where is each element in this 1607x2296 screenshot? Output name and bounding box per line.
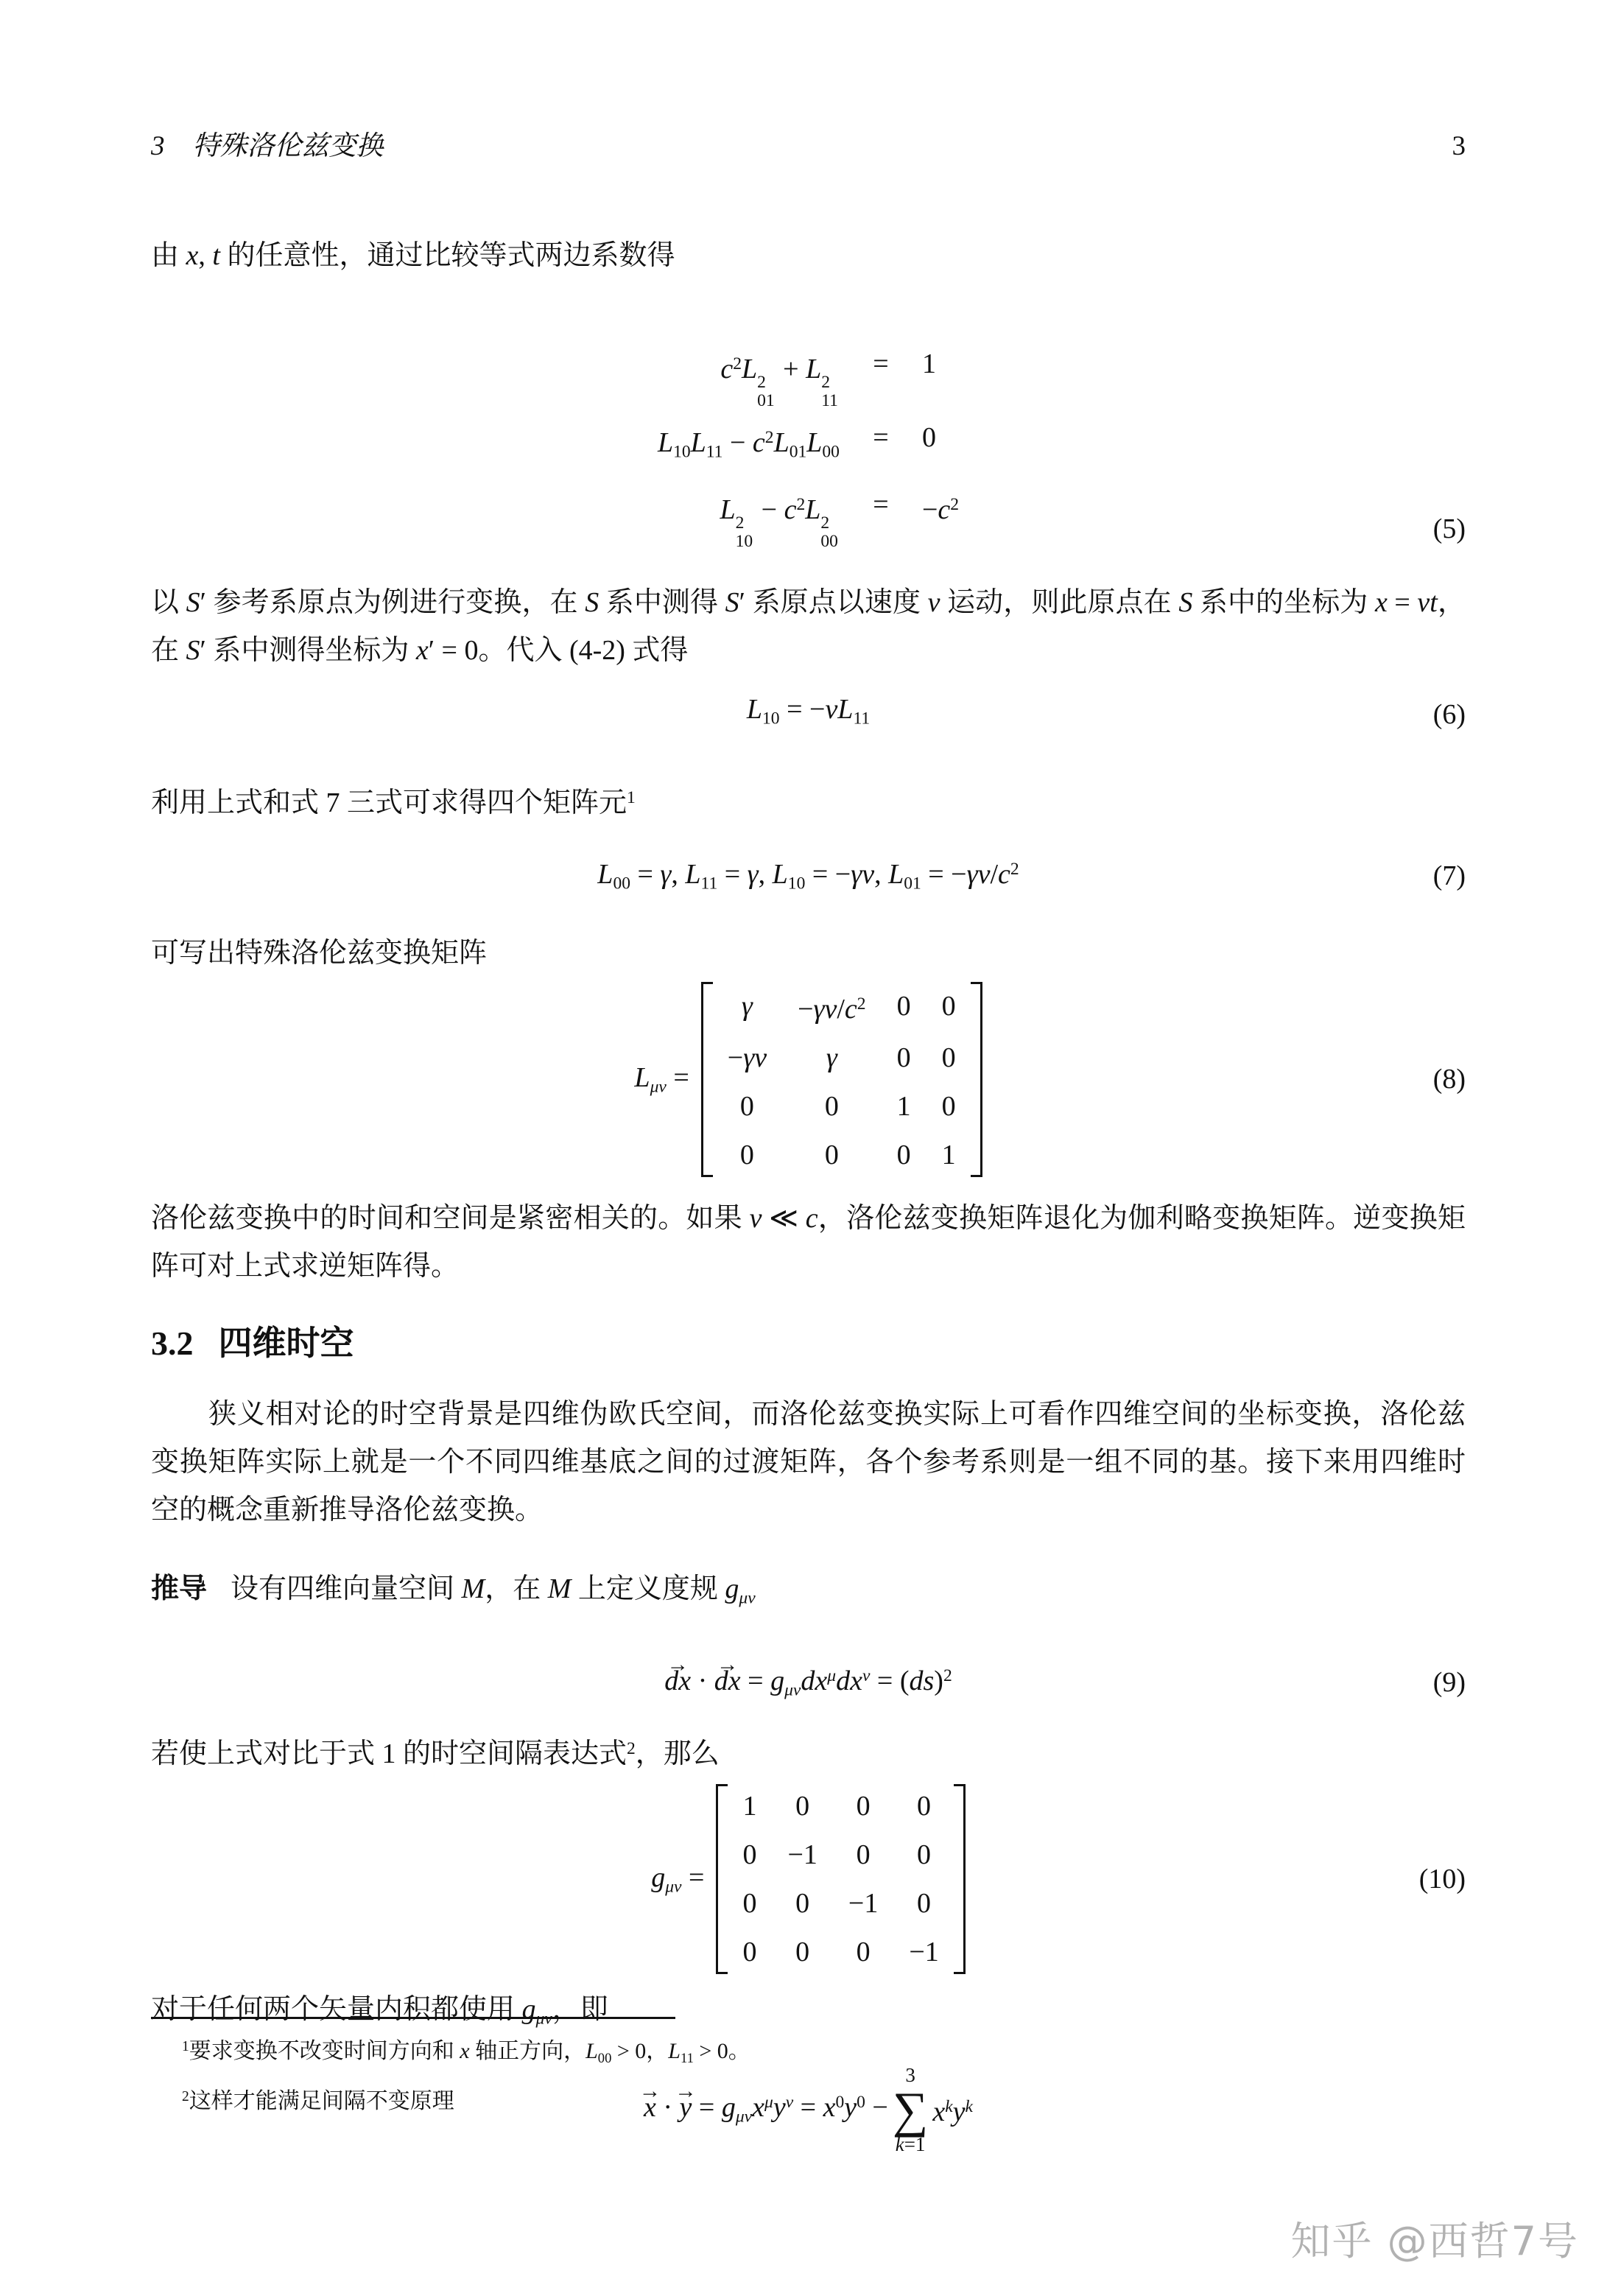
equation-9: dx · dx = gμνdxμdxν = (ds)2 (9) (151, 1651, 1466, 1713)
matrix-cell: 0 (740, 1139, 754, 1171)
equation-7: L00 = γ, L11 = γ, L10 = −γv, L01 = −γv/c… (151, 843, 1466, 909)
matrix-cell: γ (826, 1042, 837, 1074)
matrix-cell: 0 (942, 1042, 956, 1074)
matrix-cell: 0 (897, 1139, 911, 1171)
section-title: 四维时空 (219, 1323, 354, 1364)
equation-line: L10L11 − c2L01L00 (658, 411, 840, 478)
equation-number: (10) (1419, 1863, 1466, 1895)
equation-number: (5) (1433, 513, 1466, 545)
header-section-number: 3 (151, 129, 165, 164)
header-page-number: 3 (1452, 129, 1466, 164)
derivation-label: 推导 (151, 1573, 207, 1604)
equals-sign: = (873, 411, 888, 478)
footnote-text: 要求变换不改变时间方向和 x 轴正方向，L00 > 0，L11 > 0。 (189, 2039, 750, 2063)
equation-body: dx · dx = gμνdxμdxν = (ds)2 (664, 1650, 952, 1716)
equals-sign: = (873, 478, 888, 552)
matrix-cell: 0 (897, 990, 911, 1022)
equation-6: L10 = −vL11 (6) (151, 684, 1466, 745)
footnote-1: 1要求变换不改变时间方向和 x 轴正方向，L00 > 0，L11 > 0。 (151, 2028, 1466, 2078)
matrix-cell: −1 (848, 1887, 878, 1920)
matrix-cell: 0 (942, 990, 956, 1022)
matrix-cell: 0 (857, 1839, 871, 1871)
equation-number: (6) (1433, 689, 1466, 740)
equals-sign: = (873, 337, 888, 411)
sum-lower-limit: k=1 (896, 2133, 926, 2155)
matrix-cell: 0 (917, 1790, 931, 1822)
matrix-cell: γ (742, 990, 753, 1022)
lorentz-matrix: γ−γv/c200−γvγ0000100001 (713, 982, 971, 1177)
matrix-lhs: gμν = (651, 1861, 704, 1897)
matrix-cell: 0 (742, 1887, 756, 1920)
matrix-cell: −1 (909, 1936, 938, 1968)
matrix-cell: 0 (742, 1839, 756, 1871)
matrix-cell: 0 (917, 1887, 931, 1920)
equation-line: −c2 (922, 478, 959, 552)
matrix-cell: −γv (728, 1042, 767, 1074)
matrix-cell: 1 (942, 1139, 956, 1171)
left-bracket (701, 982, 713, 1177)
equation-body: L00 = γ, L11 = γ, L10 = −γv, L01 = −γv/c… (597, 843, 1019, 909)
matrix-cell: 0 (897, 1042, 911, 1074)
para-coefficients-intro: 由 x, t 的任意性，通过比较等式两边系数得 (151, 232, 1466, 280)
equation-line: c2L012 + L112 (720, 337, 840, 411)
matrix-cell: 0 (825, 1139, 839, 1171)
matrix-cell: 0 (917, 1839, 931, 1871)
equation-10: gμν = 10000−10000−10000−1 (10) (151, 1784, 1466, 1974)
equation-body: L10 = −vL11 (747, 684, 870, 745)
para-write-matrix: 可写出特殊洛伦兹变换矩阵 (151, 930, 1466, 977)
equation-number: (7) (1433, 850, 1466, 902)
section-number: 3.2 (151, 1323, 194, 1364)
para-compare-interval: 若使上式对比于式 1 的时空间隔表达式2，那么 (151, 1725, 1466, 1778)
section-heading: 3.2 四维时空 (151, 1323, 1466, 1364)
para-four-elements: 利用上式和式 7 三式可求得四个矩阵元1 (151, 774, 1466, 827)
footnote-marker: 2 (182, 2089, 189, 2104)
equation-5-rows: c2L012 + L112 = 1 L10L11 − c2L01L00 = 0 … (658, 337, 959, 551)
matrix-cell: 1 (742, 1790, 756, 1822)
header-section-title: 特殊洛伦兹变换 (193, 129, 384, 164)
footnote-2: 2这样才能满足间隔不变原理 (151, 2078, 1466, 2121)
matrix-cell: 0 (857, 1790, 871, 1822)
matrix-cell: 0 (795, 1936, 809, 1968)
matrix-lhs: Lμν = (634, 1061, 689, 1098)
equation-number: (8) (1433, 1063, 1466, 1095)
para-time-space: 洛伦兹变换中的时间和空间是紧密相关的。如果 v ≪ c，洛伦兹变换矩阵退化为伽利… (151, 1195, 1466, 1291)
footnotes: 1要求变换不改变时间方向和 x 轴正方向，L00 > 0，L11 > 0。 2这… (151, 2017, 1466, 2120)
equation-line: L102 − c2L002 (720, 478, 839, 552)
footnote-text: 这样才能满足间隔不变原理 (189, 2088, 454, 2113)
para-spacetime-intro: 狭义相对论的时空背景是四维伪欧氏空间，而洛伦兹变换实际上可看作四维空间的坐标变换… (151, 1391, 1466, 1534)
footnote-rule (151, 2017, 675, 2019)
metric-matrix: 10000−10000−10000−1 (728, 1784, 953, 1974)
derivation-text: 设有四维向量空间 M，在 M 上定义度规 gμν (231, 1573, 756, 1604)
matrix-cell: 0 (795, 1790, 809, 1822)
matrix-cell: 0 (825, 1090, 839, 1123)
matrix-cell: 0 (742, 1936, 756, 1968)
watermark: 知乎 @西哲7号 (1290, 2210, 1579, 2267)
matrix-cell: −γv/c2 (798, 988, 866, 1025)
matrix-cell: −1 (787, 1839, 817, 1871)
matrix-cell: 0 (795, 1887, 809, 1920)
matrix-cell: 1 (897, 1090, 911, 1123)
left-bracket (716, 1784, 728, 1974)
right-bracket (954, 1784, 966, 1974)
matrix-cell: 0 (740, 1090, 754, 1123)
matrix-cell: 0 (942, 1090, 956, 1123)
header-section: 3 特殊洛伦兹变换 (151, 129, 384, 164)
equation-line: 1 (922, 337, 936, 411)
equation-8: Lμν = γ−γv/c200−γvγ0000100001 (8) (151, 982, 1466, 1177)
document-page: 3 特殊洛伦兹变换 3 由 x, t 的任意性，通过比较等式两边系数得 c2L0… (0, 0, 1607, 2296)
para-origin-transform: 以 S′ 参考系原点为例进行变换，在 S 系中测得 S′ 系原点以速度 v 运动… (151, 579, 1466, 675)
footnote-marker: 1 (182, 2039, 189, 2054)
equation-5: c2L012 + L112 = 1 L10L11 − c2L01L00 = 0 … (151, 337, 1466, 551)
para-derivation: 推导设有四维向量空间 M，在 M 上定义度规 gμν (151, 1565, 1466, 1623)
matrix-cell: 0 (857, 1936, 871, 1968)
page-content: 3 特殊洛伦兹变换 3 由 x, t 的任意性，通过比较等式两边系数得 c2L0… (151, 129, 1466, 2155)
running-header: 3 特殊洛伦兹变换 3 (151, 129, 1466, 164)
right-bracket (971, 982, 982, 1177)
equation-line: 0 (922, 411, 936, 478)
equation-number: (9) (1433, 1657, 1466, 1708)
